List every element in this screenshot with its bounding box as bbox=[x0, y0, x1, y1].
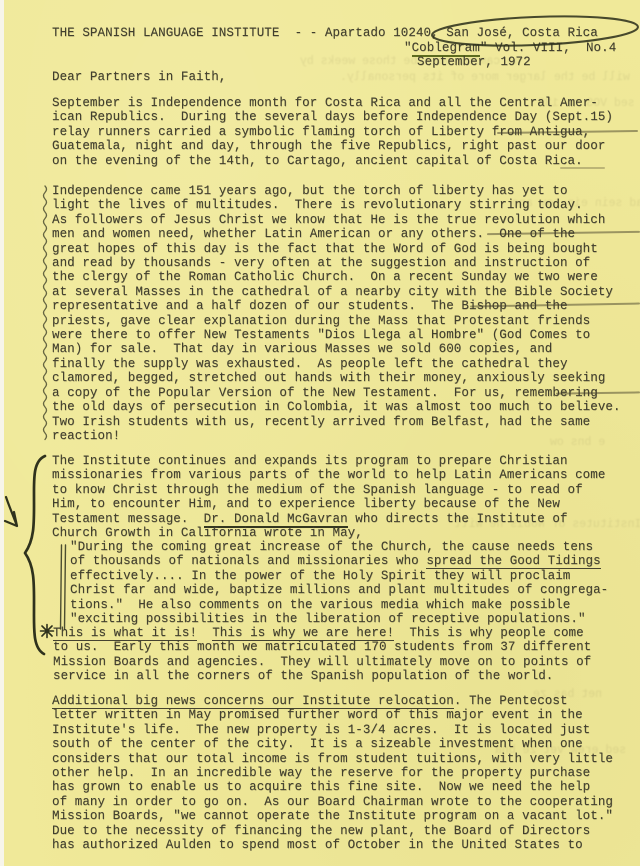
paragraph-torch-of-liberty: Independence came 151 years ago, but the… bbox=[52, 184, 621, 443]
margin-squiggle bbox=[44, 186, 47, 440]
paragraph-this-is-why: This is what it is! This is why we are h… bbox=[53, 626, 591, 684]
masthead-line: THE SPANISH LANGUAGE INSTITUTE - - Apart… bbox=[52, 26, 598, 40]
margin-brace-annotation bbox=[25, 456, 45, 654]
paragraph-institute-program: The Institute continues and expands its … bbox=[52, 454, 605, 540]
quote-emphasis-lines bbox=[61, 545, 66, 629]
salutation: Dear Partners in Faith, bbox=[52, 70, 226, 84]
bleed-through-text: will be the larger more of its personall… bbox=[340, 71, 630, 85]
margin-arrow-icon bbox=[5, 497, 17, 526]
paragraph-relocation-news: Additional big news concerns our Institu… bbox=[52, 694, 613, 852]
newsletter-title-line: "Coblegram" Vol. VIII, No.4 bbox=[404, 41, 616, 55]
margin-asterisk-icon bbox=[41, 625, 54, 638]
blockquote-mcgavran: "During the coming great increase of the… bbox=[70, 540, 608, 626]
scan-edge-strip bbox=[0, 0, 4, 866]
date-line: September, 1972 bbox=[417, 55, 531, 69]
paragraph-independence-month: September is Independence month for Cost… bbox=[52, 96, 613, 168]
